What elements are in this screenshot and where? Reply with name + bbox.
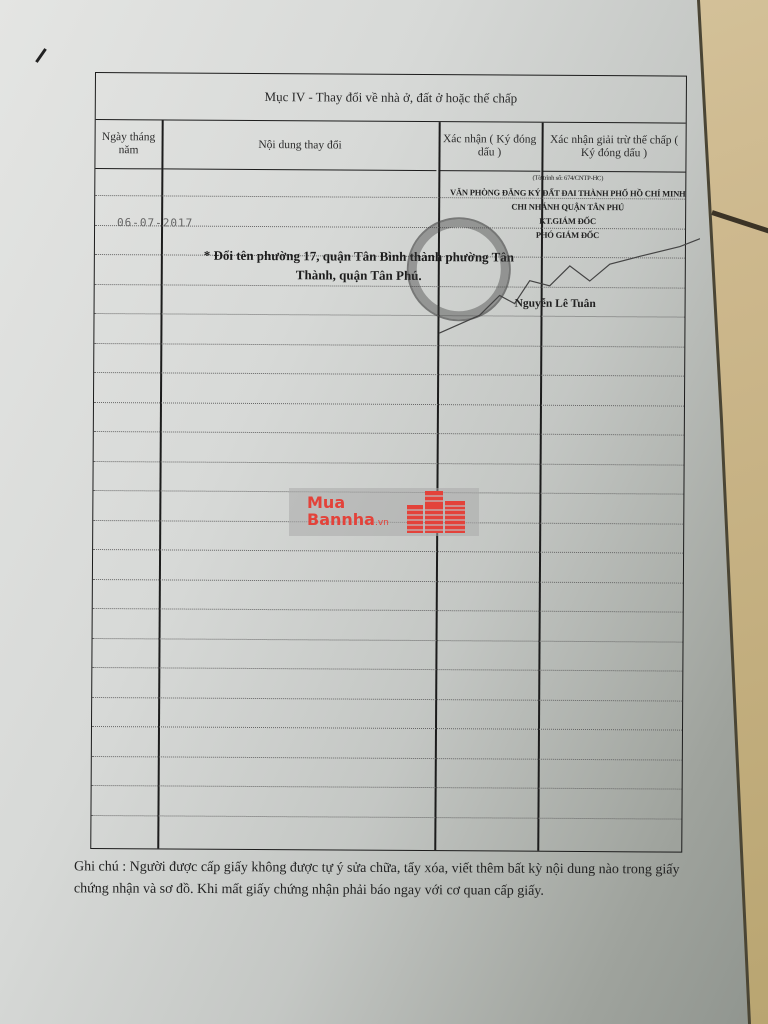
change-record-table: Mục IV - Thay đổi về nhà ở, đất ở hoặc t… (90, 72, 687, 853)
column-divider (157, 120, 163, 848)
column-header-date: Ngày tháng năm (95, 120, 161, 169)
dotted-line (93, 549, 683, 554)
dotted-line (92, 726, 682, 731)
footnote: Ghi chú : Người được cấp giấy không được… (74, 856, 704, 903)
branch-name: CHI NHÁNH QUẬN TÂN PHÚ (445, 199, 690, 214)
watermark-suffix: .vn (375, 518, 389, 528)
watermark-text: Mua Bannha.vn (307, 494, 389, 532)
dotted-line (94, 401, 684, 406)
dotted-line (92, 667, 682, 672)
entry-date: 06-07-2017 (117, 216, 193, 229)
dotted-line (94, 431, 684, 436)
dotted-line (93, 637, 683, 642)
dotted-line (94, 372, 684, 377)
dotted-line (92, 696, 682, 701)
column-header-confirmation: Xác nhận ( Ký đóng dấu ) (438, 122, 540, 172)
watermark-logo: Mua Bannha.vn (289, 488, 479, 536)
role-line1: KT.GIÁM ĐỐC (445, 213, 690, 228)
dotted-line (94, 460, 684, 465)
dotted-line (92, 785, 682, 790)
reference-number: (Tờ trình số: 674/CNTP-HC) (445, 171, 690, 186)
dotted-line (94, 343, 684, 348)
dotted-line (92, 755, 682, 760)
office-name: VĂN PHÒNG ĐĂNG KÝ ĐẤT ĐAI THÀNH PHỐ HỒ C… (445, 185, 690, 200)
watermark-line1: Mua (307, 494, 389, 511)
dotted-line (93, 608, 683, 613)
column-header-change: Nội dung thay đổi (163, 120, 436, 171)
confirmation-block: (Tờ trình số: 674/CNTP-HC) VĂN PHÒNG ĐĂN… (445, 171, 690, 242)
watermark-line2: Bannha (307, 510, 375, 529)
building-icon (407, 491, 465, 533)
dotted-line (91, 814, 681, 819)
section-title: Mục IV - Thay đổi về nhà ở, đất ở hoặc t… (96, 73, 686, 124)
role-line2: PHÓ GIÁM ĐỐC (445, 227, 690, 242)
dotted-line (93, 578, 683, 583)
column-header-mortgage-release: Xác nhận giải trừ thế chấp ( Ký đóng dấu… (542, 123, 685, 173)
signer-name: Nguyễn Lê Tuân (515, 298, 596, 310)
